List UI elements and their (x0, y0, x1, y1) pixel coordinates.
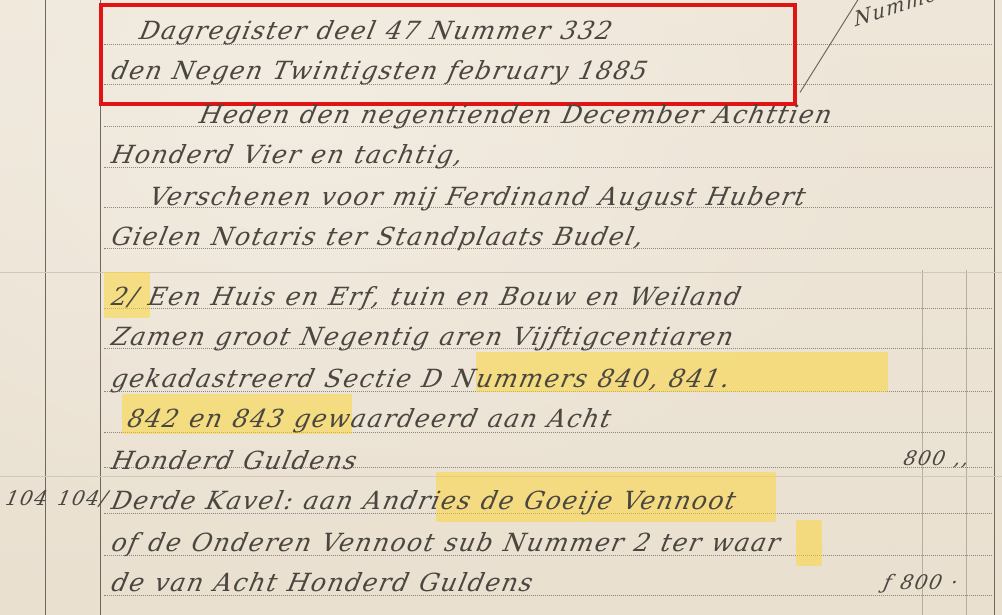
text-line: Verschenen voor mij Ferdinand August Hub… (147, 182, 810, 211)
margin-number-1: 104 (3, 486, 51, 510)
text-line: Honderd Guldens (109, 446, 361, 475)
paste-edge-top (0, 272, 1002, 273)
text-line: gekadastreerd Sectie D Nummers 840, 841. (109, 364, 734, 393)
text-line: de van Acht Honderd Guldens (109, 568, 537, 597)
header-line-1: Dagregister deel 47 Nummer 332 (137, 16, 617, 45)
header-line-2: den Negen Twintigsten february 1885 (109, 56, 652, 85)
text-line: Gielen Notaris ter Standplaats Budel, (109, 222, 648, 251)
amount-rule-2 (966, 270, 967, 615)
right-rule (994, 0, 995, 615)
text-line: of de Onderen Vennoot sub Nummer 2 ter w… (109, 528, 784, 557)
text-line: Heden den negentienden December Achttien (197, 100, 836, 129)
text-line: 2/ Een Huis en Erf, tuin en Bouw en Weil… (109, 282, 745, 311)
text-line: Honderd Vier en tachtig, (109, 140, 467, 169)
amount-1: 800 ,, (901, 446, 972, 470)
text-line: Derde Kavel: aan Andries de Goeije Venno… (109, 486, 740, 515)
amount-2: ƒ 800 · (881, 570, 961, 594)
margin-rule-1 (45, 0, 46, 615)
amount-rule-1 (922, 270, 923, 615)
text-line: 842 en 843 gewaardeerd aan Acht (125, 404, 615, 433)
margin-number-2: 104/ (55, 486, 111, 510)
text-line: Zamen groot Negentig aren Vijftigcentiar… (109, 322, 738, 351)
highlight-lot-number (796, 520, 822, 566)
